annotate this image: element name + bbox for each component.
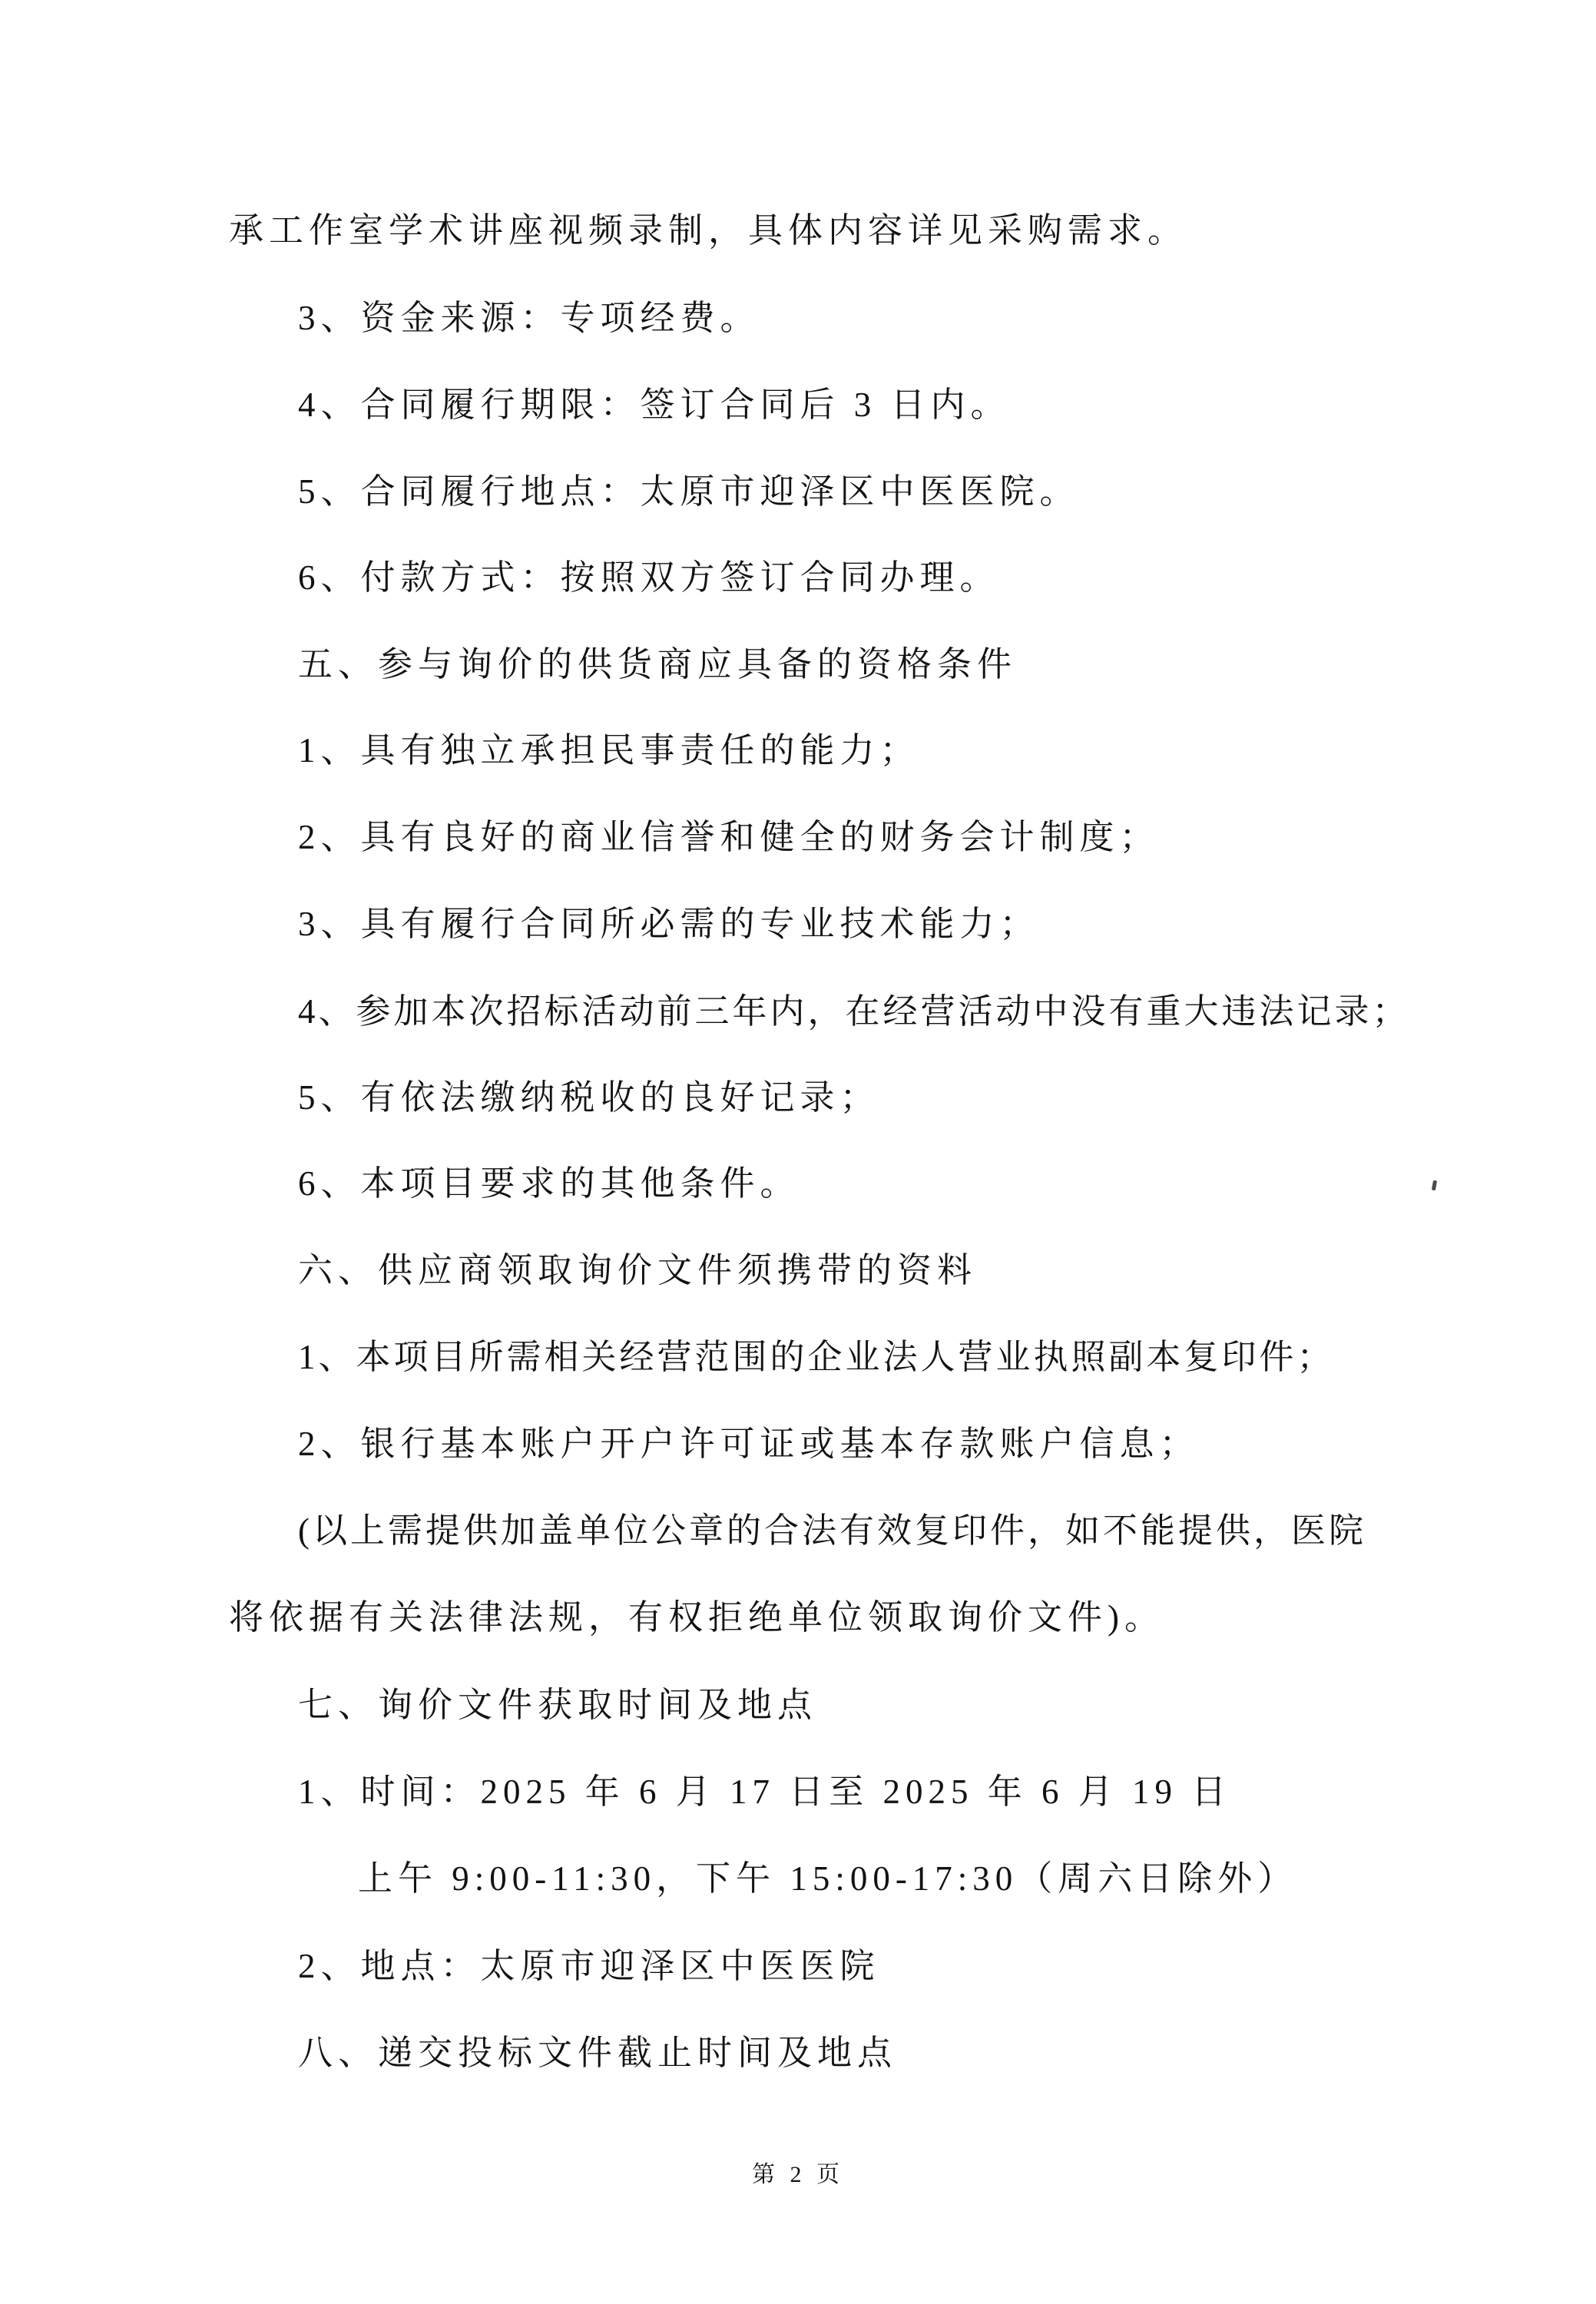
line-qualification-4: 4、参加本次招标活动前三年内，在经营活动中没有重大违法记录； <box>298 993 1410 1031</box>
line-qualification-5: 5、有依法缴纳税收的良好记录； <box>298 1079 880 1117</box>
line-qualification-1: 1、具有独立承担民事责任的能力； <box>298 732 920 770</box>
line-qualification-6: 6、本项目要求的其他条件。 <box>298 1165 800 1203</box>
line-obtain-time: 1、时间：2025 年 6 月 17 日至 2025 年 6 月 19 日 <box>298 1773 1231 1812</box>
heading-section-6-materials: 六、供应商领取询价文件须携带的资料 <box>298 1252 977 1290</box>
line-continuation-recording: 承工作室学术讲座视频录制，具体内容详见采购需求。 <box>229 212 1187 250</box>
line-fund-source: 3、资金来源：专项经费。 <box>298 300 760 338</box>
line-seal-note-1: (以上需提供加盖单位公章的合法有效复印件，如不能提供，医院 <box>298 1512 1366 1551</box>
scan-speck-artifact <box>1432 1180 1437 1191</box>
line-contract-period: 4、合同履行期限：签订合同后 3 日内。 <box>298 386 1011 425</box>
heading-section-5-qualifications: 五、参与询价的供货商应具备的资格条件 <box>298 646 1017 684</box>
line-contract-location: 5、合同履行地点：太原市迎泽区中医医院。 <box>298 473 1080 511</box>
line-qualification-3: 3、具有履行合同所必需的专业技术能力； <box>298 905 1040 944</box>
heading-section-7-obtain: 七、询价文件获取时间及地点 <box>298 1687 817 1725</box>
line-obtain-time-detail: 上午 9:00-11:30，下午 15:00-17:30（周六日除外） <box>358 1860 1297 1898</box>
heading-section-8-deadline: 八、递交投标文件截止时间及地点 <box>298 2034 897 2073</box>
scanned-document-page: 承工作室学术讲座视频录制，具体内容详见采购需求。 3、资金来源：专项经费。 4、… <box>0 0 1596 2304</box>
line-material-1: 1、本项目所需相关经营范围的企业法人营业执照副本复印件； <box>298 1339 1335 1377</box>
line-seal-note-2: 将依据有关法律法规，有权拒绝单位领取询价文件)。 <box>229 1599 1164 1637</box>
page-number: 第 2 页 <box>0 2155 1596 2189</box>
line-payment-method: 6、付款方式：按照双方签订合同办理。 <box>298 559 1000 598</box>
line-obtain-place: 2、地点：太原市迎泽区中医医院 <box>298 1948 880 1986</box>
line-qualification-2: 2、具有良好的商业信誉和健全的财务会计制度； <box>298 819 1160 857</box>
line-material-2: 2、银行基本账户开户许可证或基本存款账户信息； <box>298 1425 1200 1464</box>
